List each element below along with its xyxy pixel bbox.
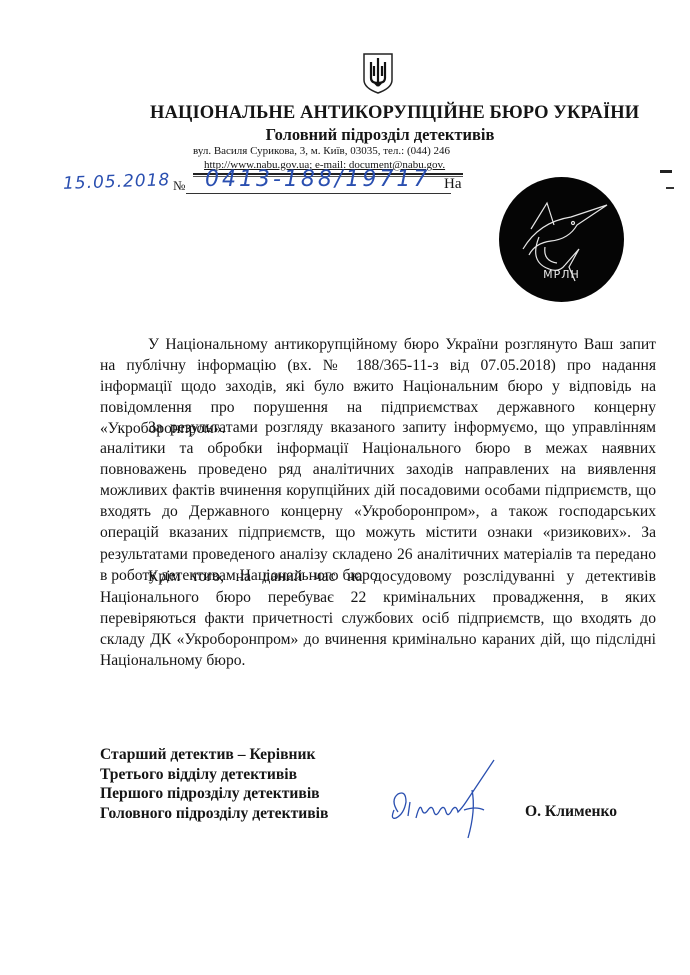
handwritten-date: 15.05.2018 (63, 170, 171, 194)
body-paragraph: Крім того, на даний час на досудовому ро… (100, 566, 656, 671)
signatory-name: О. Клименко (525, 803, 617, 821)
marlin-fish-icon (499, 177, 624, 302)
number-sign: № (173, 178, 185, 194)
department-title: Головний підрозділ детективів (230, 125, 530, 145)
body-paragraph: За результатами розгляду вказаного запит… (100, 417, 656, 586)
paragraph-text: Крім того, на даний час на досудовому ро… (100, 566, 656, 671)
address-line: вул. Василя Сурикова, 3, м. Київ, 03035,… (193, 145, 463, 157)
handwritten-reference-number: 0413-188/19717 (205, 167, 430, 192)
scan-edge-mark (666, 187, 674, 189)
signatory-title: Старший детектив – Керівник Третього від… (100, 745, 328, 823)
signatory-title-line: Старший детектив – Керівник (100, 745, 328, 765)
stamp-logo: МРЛН (499, 177, 624, 302)
paragraph-text: За результатами розгляду вказаного запит… (100, 417, 656, 586)
organization-title: НАЦІОНАЛЬНЕ АНТИКОРУПЦІЙНЕ БЮРО УКРАЇНИ (150, 103, 610, 124)
signatory-title-line: Третього відділу детективів (100, 765, 328, 785)
number-underline (186, 193, 451, 194)
signatory-title-line: Першого підрозділу детективів (100, 784, 328, 804)
signatory-title-line: Головного підрозділу детективів (100, 804, 328, 824)
handwritten-signature (376, 750, 511, 850)
trident-coat-of-arms-icon (362, 52, 394, 94)
scan-edge-mark (660, 170, 672, 173)
in-reply-label: На (444, 176, 462, 193)
stamp-logo-label: МРЛН (499, 268, 624, 281)
